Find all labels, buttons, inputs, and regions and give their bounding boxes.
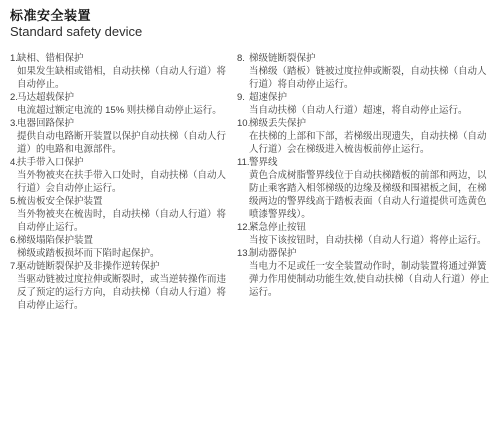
- item-number: 12.: [237, 221, 250, 234]
- item-body: 当外物被夹在扶手带入口处时，自动扶梯（自动人行道）会自动停止运行。: [17, 169, 229, 195]
- item-number: 3.: [10, 117, 18, 130]
- list-item: 9.超速保护 当自动扶梯（自动人行道）超速，将自动停止运行。: [237, 91, 492, 117]
- item-title: 9.超速保护: [249, 91, 492, 104]
- two-column-layout: 1.缺相、错相保护 如果发生缺相或错相，自动扶梯（自动人行道）将自动停止。 2.…: [10, 52, 492, 312]
- item-body: 当自动扶梯（自动人行道）超速，将自动停止运行。: [249, 104, 492, 117]
- item-title: 13.制动器保护: [249, 247, 492, 260]
- item-title: 10.梯级丢失保护: [249, 117, 492, 130]
- list-item: 1.缺相、错相保护 如果发生缺相或错相，自动扶梯（自动人行道）将自动停止。: [10, 52, 229, 91]
- item-title: 5.梳齿板安全保护装置: [17, 195, 229, 208]
- item-title: 12.紧急停止按钮: [249, 221, 492, 234]
- item-title-text: 梯级丢失保护: [249, 118, 306, 129]
- item-body: 黄色合成树脂警界线位于自动扶梯踏板的前部和两边，以防止乘客踏入相邻梯级的边缘及梯…: [249, 169, 492, 221]
- item-number: 11.: [237, 156, 250, 169]
- list-item: 5.梳齿板安全保护装置 当外物被夹在梳齿时，自动扶梯（自动人行道）将自动停止运行…: [10, 195, 229, 234]
- right-column: 8.梯级链断裂保护 当梯级（踏板）链被过度拉伸或断裂，自动扶梯（自动人行道）将自…: [237, 52, 492, 312]
- item-title: 7.驱动链断裂保护及非操作逆转保护: [17, 260, 229, 273]
- item-body: 梯级或踏板损坏而下陷时起保护。: [17, 247, 229, 260]
- item-title-text: 紧急停止按钮: [249, 222, 306, 233]
- item-title-text: 马达超载保护: [17, 92, 74, 103]
- item-title: 3.电器回路保护: [17, 117, 229, 130]
- item-title: 6.梯级塌陷保护装置: [17, 234, 229, 247]
- item-title-text: 梳齿板安全保护装置: [17, 196, 103, 207]
- document-page: 标准安全装置 Standard safety device 1.缺相、错相保护 …: [0, 0, 500, 448]
- list-item: 12.紧急停止按钮 当按下该按钮时，自动扶梯（自动人行道）将停止运行。: [237, 221, 492, 247]
- item-body: 提供自动电路断开装置以保护自动扶梯（自动人行道）的电路和电源部件。: [17, 130, 229, 156]
- item-number: 2.: [10, 91, 18, 104]
- item-title-text: 电器回路保护: [17, 118, 74, 129]
- list-item: 10.梯级丢失保护 在扶梯的上部和下部，若梯级出现遗失，自动扶梯（自动人行道）会…: [237, 117, 492, 156]
- item-number: 1.: [10, 52, 18, 65]
- list-item: 8.梯级链断裂保护 当梯级（踏板）链被过度拉伸或断裂，自动扶梯（自动人行道）将自…: [237, 52, 492, 91]
- page-title-zh: 标准安全装置: [10, 8, 492, 24]
- item-body: 当电力不足或任一安全装置动作时，制动装置将通过弹簧弹力作用使制动功能生效,使自动…: [249, 260, 492, 299]
- item-number: 6.: [10, 234, 18, 247]
- item-title: 4.扶手带入口保护: [17, 156, 229, 169]
- item-number: 9.: [237, 91, 245, 104]
- list-item: 7.驱动链断裂保护及非操作逆转保护 当驱动链被过度拉伸或断裂时，或当逆转操作而违…: [10, 260, 229, 312]
- item-title-text: 梯级链断裂保护: [249, 53, 316, 64]
- item-body: 如果发生缺相或错相，自动扶梯（自动人行道）将自动停止。: [17, 65, 229, 91]
- list-item: 2.马达超载保护 电流超过额定电流的 15% 则扶梯自动停止运行。: [10, 91, 229, 117]
- item-body: 当驱动链被过度拉伸或断裂时，或当逆转操作而违反了预定的运行方向，自动扶梯（自动人…: [17, 273, 229, 312]
- item-body: 在扶梯的上部和下部，若梯级出现遗失，自动扶梯（自动人行道）会在梯级进入梳齿板前停…: [249, 130, 492, 156]
- page-title-en: Standard safety device: [10, 24, 492, 40]
- list-item: 13.制动器保护 当电力不足或任一安全装置动作时，制动装置将通过弹簧弹力作用使制…: [237, 247, 492, 299]
- item-number: 4.: [10, 156, 18, 169]
- item-number: 7.: [10, 260, 18, 273]
- item-title-text: 超速保护: [249, 92, 287, 103]
- list-item: 4.扶手带入口保护 当外物被夹在扶手带入口处时，自动扶梯（自动人行道）会自动停止…: [10, 156, 229, 195]
- item-title-text: 扶手带入口保护: [17, 157, 84, 168]
- item-body: 当外物被夹在梳齿时，自动扶梯（自动人行道）将自动停止运行。: [17, 208, 229, 234]
- item-number: 10.: [237, 117, 250, 130]
- item-number: 8.: [237, 52, 245, 65]
- item-body: 当梯级（踏板）链被过度拉伸或断裂，自动扶梯（自动人行道）将自动停止运行。: [249, 65, 492, 91]
- item-number: 13.: [237, 247, 250, 260]
- item-title-text: 缺相、错相保护: [17, 53, 84, 64]
- item-title-text: 警界线: [249, 157, 278, 168]
- item-title-text: 驱动链断裂保护及非操作逆转保护: [17, 261, 160, 272]
- list-item: 6.梯级塌陷保护装置 梯级或踏板损坏而下陷时起保护。: [10, 234, 229, 260]
- item-title: 11.警界线: [249, 156, 492, 169]
- item-title-text: 制动器保护: [249, 248, 297, 259]
- list-item: 11.警界线 黄色合成树脂警界线位于自动扶梯踏板的前部和两边，以防止乘客踏入相邻…: [237, 156, 492, 221]
- item-title: 2.马达超载保护: [17, 91, 229, 104]
- item-number: 5.: [10, 195, 18, 208]
- left-column: 1.缺相、错相保护 如果发生缺相或错相，自动扶梯（自动人行道）将自动停止。 2.…: [10, 52, 229, 312]
- item-body: 当按下该按钮时，自动扶梯（自动人行道）将停止运行。: [249, 234, 492, 247]
- list-item: 3.电器回路保护 提供自动电路断开装置以保护自动扶梯（自动人行道）的电路和电源部…: [10, 117, 229, 156]
- item-body: 电流超过额定电流的 15% 则扶梯自动停止运行。: [17, 104, 229, 117]
- page-header: 标准安全装置 Standard safety device: [10, 8, 492, 40]
- item-title: 8.梯级链断裂保护: [249, 52, 492, 65]
- item-title-text: 梯级塌陷保护装置: [17, 235, 93, 246]
- item-title: 1.缺相、错相保护: [17, 52, 229, 65]
